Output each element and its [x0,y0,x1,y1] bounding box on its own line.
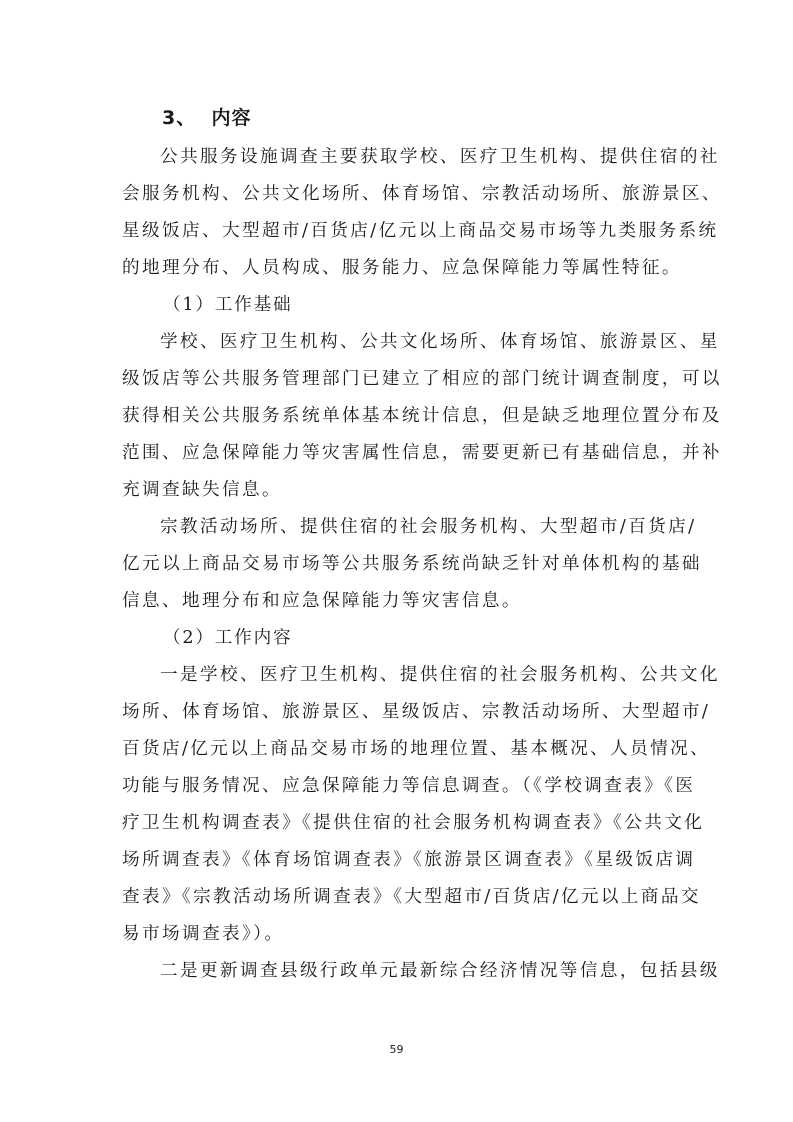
text-line: 一是学校、医疗卫生机构、提供住宿的社会服务机构、公共文化 [160,664,682,686]
text-line: 宗教活动场所、提供住宿的社会服务机构、大型超市/百货店/ [160,516,682,538]
text-line: 的地理分布、人员构成、服务能力、应急保障能力等属性特征。 [122,257,682,279]
document-page: 3、 内容 公共服务设施调查主要获取学校、医疗卫生机构、提供住宿的社会服务机构、… [0,0,793,1122]
subsection-heading: （2）工作内容 [163,627,723,649]
text-line: 会服务机构、公共文化场所、体育场馆、宗教活动场所、旅游景区、 [122,183,682,205]
text-line: 范围、应急保障能力等灾害属性信息，需要更新已有基础信息，并补 [122,442,682,464]
text-line: 二是更新调查县级行政单元最新综合经济情况等信息，包括县级 [160,960,682,982]
text-line: 查表》《宗教活动场所调查表》《大型超市/百货店/亿元以上商品交 [122,886,682,908]
text-line: 场所、体育场馆、旅游景区、星级饭店、宗教活动场所、大型超市/ [122,701,682,723]
page-number: 59 [0,1043,793,1056]
text-line: 百货店/亿元以上商品交易市场的地理位置、基本概况、人员情况、 [122,738,682,760]
text-line: 场所调查表》《体育场馆调查表》《旅游景区调查表》《星级饭店调 [122,849,682,871]
text-line: 充调查缺失信息。 [122,479,682,501]
text-line: 获得相关公共服务系统单体基本统计信息，但是缺乏地理位置分布及 [122,405,682,427]
text-line: 疗卫生机构调查表》《提供住宿的社会服务机构调查表》《公共文化 [122,812,682,834]
text-line: 易市场调查表》）。 [122,923,682,945]
text-line: 学校、医疗卫生机构、公共文化场所、体育场馆、旅游景区、星 [160,331,682,353]
subsection-heading: （1）工作基础 [163,294,723,316]
text-line: 信息、地理分布和应急保障能力等灾害信息。 [122,590,682,612]
text-line: 公共服务设施调查主要获取学校、医疗卫生机构、提供住宿的社 [160,146,682,168]
text-line: 级饭店等公共服务管理部门已建立了相应的部门统计调查制度，可以 [122,368,682,390]
text-line: 功能与服务情况、应急保障能力等信息调查。（《学校调查表》《医 [122,775,682,797]
text-line: 亿元以上商品交易市场等公共服务系统尚缺乏针对单体机构的基础 [122,553,682,575]
section-heading: 3、 内容 [162,103,251,130]
text-line: 星级饭店、大型超市/百货店/亿元以上商品交易市场等九类服务系统 [122,220,682,242]
